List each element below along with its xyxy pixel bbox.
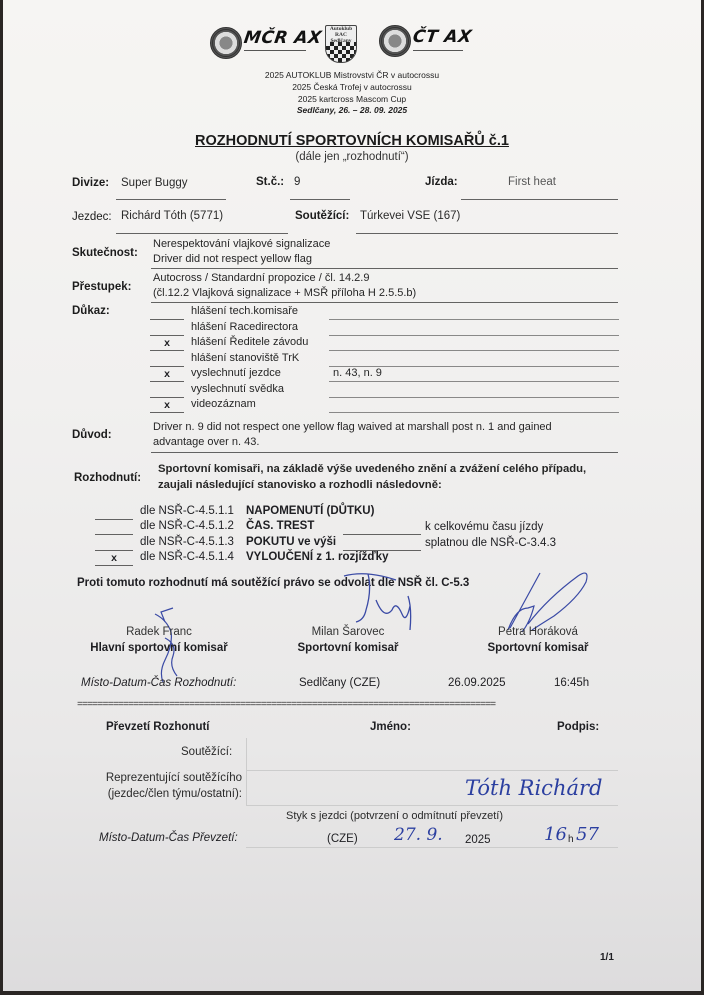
evidence-checkbox-line[interactable] <box>150 335 184 336</box>
receipt-divider <box>246 738 247 806</box>
jezdec-label: Jezdec: <box>72 211 112 223</box>
jizda-underline <box>461 199 618 200</box>
divize-label: Divize: <box>72 177 109 189</box>
skutecnost-line-1: Nerespektování vlajkové signalizace <box>153 238 330 250</box>
rozhodnuti-line-2: zaujali následující stanovisko a rozhodl… <box>158 479 442 491</box>
prestupek-line-2: (čl.12.2 Vlajková signalizace + MSŘ příl… <box>153 287 416 299</box>
signatory-role: Hlavní sportovní komisař <box>79 642 239 654</box>
header-line-2: 2025 Česká Trofej v autocrossu <box>3 82 701 92</box>
evidence-note-line <box>329 412 619 413</box>
receipt-row-line <box>246 847 618 848</box>
duvod-label: Důvod: <box>72 429 112 441</box>
evidence-checkbox-line[interactable] <box>150 366 184 367</box>
evidence-mark: x <box>150 399 184 411</box>
penalty-rule: dle NSŘ-C-4.5.1.4 <box>140 551 234 563</box>
contact-note: Styk s jezdci (potvrzení o odmítnutí pře… <box>286 810 503 822</box>
dukaz-label: Důkaz: <box>72 305 110 317</box>
receipt-time-min: 57 <box>576 824 599 845</box>
page-title: ROZHODNUTÍ SPORTOVNÍCH KOMISAŘŮ č.1 <box>3 133 701 149</box>
autoklub-emblem-icon <box>379 25 411 57</box>
receipt-time-hour: 16 <box>544 824 567 845</box>
evidence-item-label: hlášení Ředitele závodu <box>191 336 308 348</box>
document-page: MČR AX Autoklub RAC Sedlčany ČT AX 2025 … <box>3 0 701 991</box>
soutezici-underline <box>356 233 618 234</box>
receipt-place: (CZE) <box>327 833 358 845</box>
receipt-time-h: h <box>568 834 574 845</box>
skutecnost-label: Skutečnost: <box>72 247 138 259</box>
evidence-note-line <box>329 350 619 351</box>
evidence-mark: x <box>150 337 184 349</box>
receipt-date-handwritten: 27. 9. <box>394 825 443 845</box>
signatory-name: Petra Horáková <box>458 626 618 638</box>
divize-value: Super Buggy <box>121 177 188 189</box>
duvod-line-1: Driver n. 9 did not respect one yellow f… <box>153 421 552 433</box>
evidence-item-label: hlášení tech.komisaře <box>191 305 298 317</box>
evidence-mark: x <box>150 368 184 380</box>
prestupek-line-1: Autocross / Standardní propozice / čl. 1… <box>153 272 369 284</box>
penalty-amount-line[interactable] <box>343 534 421 535</box>
evidence-item-label: hlášení stanoviště TrK <box>191 352 299 364</box>
evidence-note-line <box>329 381 619 382</box>
divize-underline <box>116 199 226 200</box>
header-line-3: 2025 kartcross Mascom Cup <box>3 94 701 104</box>
rac-sedlcany-shield-logo: Autoklub RAC Sedlčany <box>325 25 357 63</box>
decision-time: 16:45h <box>554 677 589 689</box>
logo-underline <box>413 50 463 51</box>
venue-dates: Sedlčany, 26. – 28. 09. 2025 <box>3 105 701 115</box>
penalty-name: ČAS. TREST <box>246 520 314 532</box>
signatory-name: Radek Franc <box>79 626 239 638</box>
duvod-line-2: advantage over n. 43. <box>153 436 259 448</box>
evidence-checkbox-line[interactable] <box>150 412 184 413</box>
shield-line-3: Sedlčany <box>326 38 356 44</box>
receipt-representative-label-1: Reprezentující soutěžícího <box>105 772 242 784</box>
decision-date: 26.09.2025 <box>448 677 506 689</box>
autoklub-emblem-icon <box>210 27 242 59</box>
penalty-rule: dle NSŘ-C-4.5.1.1 <box>140 505 234 517</box>
receipt-name-header: Jméno: <box>370 721 411 733</box>
penalty-mark: x <box>95 552 133 564</box>
jizda-label: Jízda: <box>425 176 458 188</box>
receipt-year: 2025 <box>465 834 491 846</box>
stc-underline <box>290 199 350 200</box>
evidence-checkbox-line[interactable] <box>150 381 184 382</box>
penalty-checkbox-line[interactable] <box>95 550 133 551</box>
stc-label: St.č.: <box>256 176 284 188</box>
signatory-role: Sportovní komisař <box>268 642 428 654</box>
soutezici-value: Túrkevei VSE (167) <box>360 210 460 222</box>
penalty-rule: dle NSŘ-C-4.5.1.3 <box>140 536 234 548</box>
receipt-title: Převzetí Rozhonutí <box>106 721 210 733</box>
receipt-place-label: Místo-Datum-Čas Převzetí: <box>99 832 238 844</box>
penalty-checkbox-line[interactable] <box>95 519 133 520</box>
rozhodnuti-label: Rozhodnutí: <box>74 472 141 484</box>
evidence-item-label: vyslechnutí svědka <box>191 383 284 395</box>
prestupek-underline <box>151 302 618 303</box>
skutecnost-line-2: Driver did not respect yellow flag <box>153 253 312 265</box>
evidence-note: n. 43, n. 9 <box>333 367 382 379</box>
signatory-name: Milan Šarovec <box>268 626 428 638</box>
evidence-item-label: vyslechnutí jezdce <box>191 367 281 379</box>
receipt-sign-header: Podpis: <box>557 721 599 733</box>
receipt-row-line <box>246 805 618 806</box>
jezdec-underline <box>116 233 288 234</box>
header-line-1: 2025 AUTOKLUB Mistrovstvi ČR v autocross… <box>3 70 701 80</box>
penalty-checkbox-line[interactable] <box>95 565 133 566</box>
penalty-suffix: k celkovému času jízdy <box>425 521 543 533</box>
evidence-checkbox-line[interactable] <box>150 319 184 320</box>
decision-place-label: Místo-Datum-Čas Rozhodnutí: <box>81 677 236 689</box>
signatory-role: Sportovní komisař <box>458 642 618 654</box>
receipt-row-line <box>246 770 618 771</box>
logo-underline <box>244 50 306 51</box>
separator-line: ========================================… <box>77 700 617 711</box>
stc-value: 9 <box>294 176 300 188</box>
evidence-note-line <box>329 335 619 336</box>
receipt-representative-label-2: (jezdec/člen týmu/ostatní): <box>95 788 242 800</box>
evidence-item-label: videozáznam <box>191 398 256 410</box>
jizda-value: First heat <box>508 176 556 188</box>
penalty-rule: dle NSŘ-C-4.5.1.2 <box>140 520 234 532</box>
duvod-underline <box>151 452 618 453</box>
representative-signature: Tóth Richárd <box>465 776 602 800</box>
penalty-checkbox-line[interactable] <box>95 534 133 535</box>
page-subtitle: (dále jen „rozhodnutí“) <box>3 151 701 163</box>
receipt-competitor-label: Soutěžící: <box>181 746 232 758</box>
penalty-name: POKUTU ve výši <box>246 536 336 548</box>
soutezici-label: Soutěžící: <box>295 210 349 222</box>
penalty-suffix: splatnou dle NSŘ-C-3.4.3 <box>425 537 556 549</box>
evidence-checkbox-line[interactable] <box>150 397 184 398</box>
prestupek-label: Přestupek: <box>72 281 131 293</box>
penalty-name: NAPOMENUTÍ (DŮTKU) <box>246 505 374 517</box>
logo-right-text: ČT AX <box>412 27 474 47</box>
logo-left-text: MČR AX <box>243 28 323 48</box>
skutecnost-underline <box>151 268 618 269</box>
penalty-name: VYLOUČENÍ z 1. rozjížďky <box>246 551 388 563</box>
decision-place: Sedlčany (CZE) <box>299 677 380 689</box>
evidence-checkbox-line[interactable] <box>150 350 184 351</box>
jezdec-value: Richárd Tóth (5771) <box>121 210 223 222</box>
evidence-item-label: hlášení Racedirectora <box>191 321 298 333</box>
rozhodnuti-line-1: Sportovní komisaři, na základě výše uved… <box>158 463 586 475</box>
evidence-note-line <box>329 397 619 398</box>
evidence-note-line <box>329 319 619 320</box>
page-number: 1/1 <box>600 952 614 963</box>
